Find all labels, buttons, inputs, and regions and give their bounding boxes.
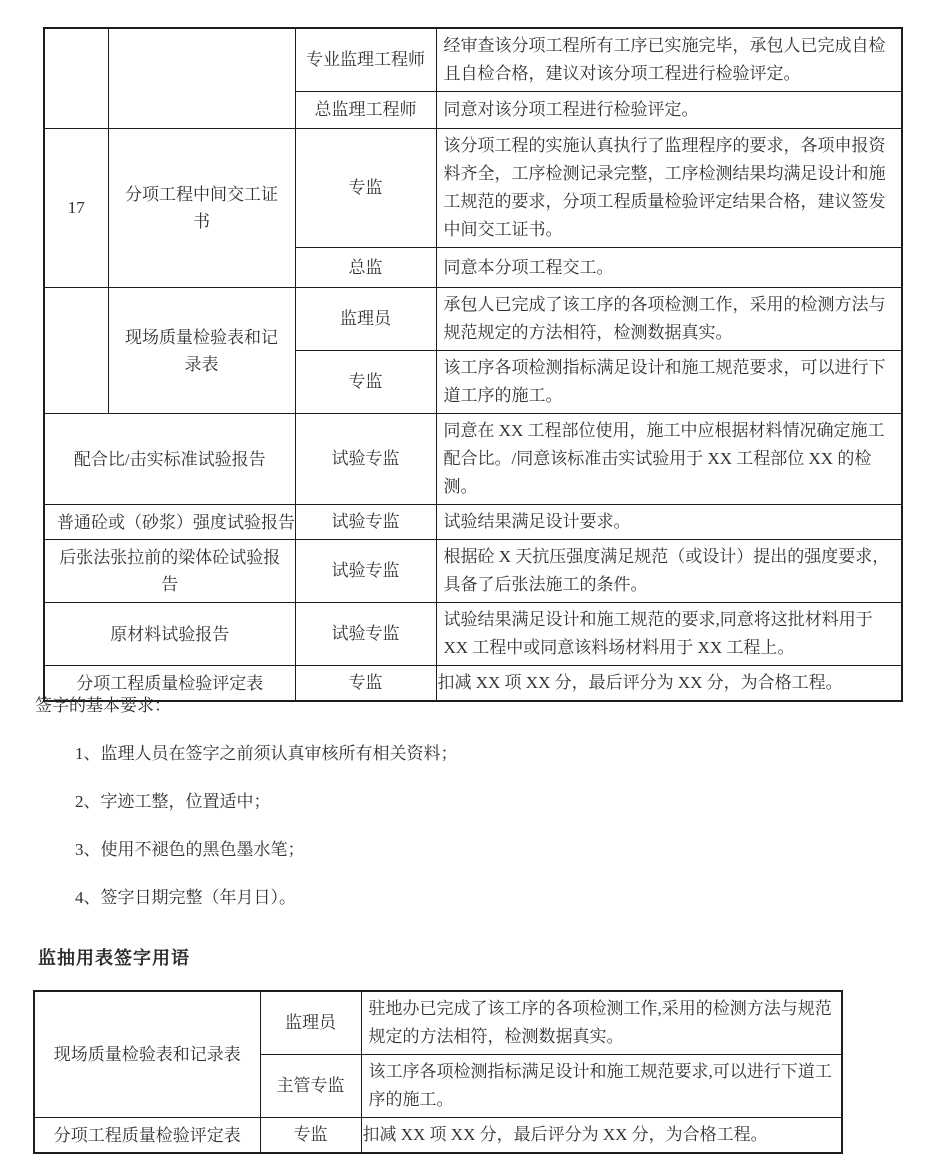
role-cell: 试验专监 [295,540,436,603]
document-page: 专业监理工程师 经审查该分项工程所有工序已实施完毕，承包人已完成自检且自检合格，… [0,0,933,1164]
form-name-cell: 普通砼或（砂浆）强度试验报告 [44,505,295,540]
form-name-cell: 现场质量检验表和记录表 [34,991,260,1118]
statement-cell: 根据砼 X 天抗压强度满足规范（或设计）提出的强度要求，具备了后张法施工的条件。 [436,540,902,603]
role-cell: 试验专监 [295,603,436,666]
form-name-cell: 分项工程质量检验评定表 [34,1118,260,1154]
form-name-cell: 现场质量检验表和记录表 [108,288,295,414]
statement-cell: 经审查该分项工程所有工序已实施完毕，承包人已完成自检且自检合格，建议对该分项工程… [436,28,902,92]
signature-requirement-item: 1、监理人员在签字之前须认真审核所有相关资料； [75,743,875,765]
table-row: 分项工程质量检验评定表 专监 扣减 XX 项 XX 分，最后评分为 XX 分，为… [34,1118,842,1154]
table-row: 配合比/击实标准试验报告 试验专监 同意在 XX 工程部位使用，施工中应根据材料… [44,414,902,505]
role-cell: 专监 [295,129,436,248]
row-number-cell [44,288,108,414]
row-number-cell [44,28,108,129]
signature-requirement-item: 4、签字日期完整（年月日）。 [75,887,875,909]
table-row: 原材料试验报告 试验专监 试验结果满足设计和施工规范的要求,同意将这批材料用于 … [44,603,902,666]
role-cell: 专监 [260,1118,361,1154]
statement-cell: 同意在 XX 工程部位使用，施工中应根据材料情况确定施工配合比。/同意该标准击实… [436,414,902,505]
role-cell: 试验专监 [295,414,436,505]
table-row: 现场质量检验表和记录表 监理员 承包人已完成了该工序的各项检测工作，采用的检测方… [44,288,902,351]
role-cell: 监理员 [295,288,436,351]
statement-cell: 承包人已完成了该工序的各项检测工作，采用的检测方法与规范规定的方法相符，检测数据… [436,288,902,351]
form-name-cell [108,28,295,129]
role-cell: 总监理工程师 [295,92,436,129]
statement-cell: 试验结果满足设计要求。 [436,505,902,540]
table-row: 普通砼或（砂浆）强度试验报告 试验专监 试验结果满足设计要求。 [44,505,902,540]
role-cell: 监理员 [260,991,361,1055]
form-name-cell: 原材料试验报告 [44,603,295,666]
statement-cell: 该工序各项检测指标满足设计和施工规范要求，可以进行下道工序的施工。 [436,351,902,414]
statement-cell: 该工序各项检测指标满足设计和施工规范要求,可以进行下道工序的施工。 [361,1055,842,1118]
form-name-cell: 后张法张拉前的梁体砼试验报告 [44,540,295,603]
sign-language-table: 专业监理工程师 经审查该分项工程所有工序已实施完毕，承包人已完成自检且自检合格，… [43,27,903,702]
table-row: 专业监理工程师 经审查该分项工程所有工序已实施完毕，承包人已完成自检且自检合格，… [44,28,902,92]
signature-requirement-item: 3、使用不褪色的黑色墨水笔； [75,839,875,861]
sampling-table-heading: 监抽用表签字用语 [38,944,190,970]
statement-cell: 同意本分项工程交工。 [436,248,902,288]
statement-cell: 同意对该分项工程进行检验评定。 [436,92,902,129]
role-cell: 专监 [295,351,436,414]
form-name-cell: 配合比/击实标准试验报告 [44,414,295,505]
table-row: 现场质量检验表和记录表 监理员 驻地办已完成了该工序的各项检测工作,采用的检测方… [34,991,842,1055]
statement-cell: 试验结果满足设计和施工规范的要求,同意将这批材料用于 XX 工程中或同意该料场材… [436,603,902,666]
role-cell: 试验专监 [295,505,436,540]
table-row: 后张法张拉前的梁体砼试验报告 试验专监 根据砼 X 天抗压强度满足规范（或设计）… [44,540,902,603]
role-cell: 总监 [295,248,436,288]
statement-cell: 扣减 XX 项 XX 分，最后评分为 XX 分，为合格工程。 [361,1118,842,1154]
role-cell: 专业监理工程师 [295,28,436,92]
statement-cell: 该分项工程的实施认真执行了监理程序的要求，各项申报资料齐全，工序检测记录完整，工… [436,129,902,248]
form-name-cell: 分项工程中间交工证书 [108,129,295,288]
role-cell: 主管专监 [260,1055,361,1118]
sampling-sign-language-table: 现场质量检验表和记录表 监理员 驻地办已完成了该工序的各项检测工作,采用的检测方… [33,990,843,1154]
signature-requirements: 签字的基本要求： 1、监理人员在签字之前须认真审核所有相关资料； 2、字迹工整，… [35,695,875,909]
row-number-cell: 17 [44,129,108,288]
signature-requirements-title: 签字的基本要求： [35,695,875,717]
table-row: 17 分项工程中间交工证书 专监 该分项工程的实施认真执行了监理程序的要求，各项… [44,129,902,248]
statement-cell: 驻地办已完成了该工序的各项检测工作,采用的检测方法与规范规定的方法相符，检测数据… [361,991,842,1055]
signature-requirement-item: 2、字迹工整，位置适中； [75,791,875,813]
